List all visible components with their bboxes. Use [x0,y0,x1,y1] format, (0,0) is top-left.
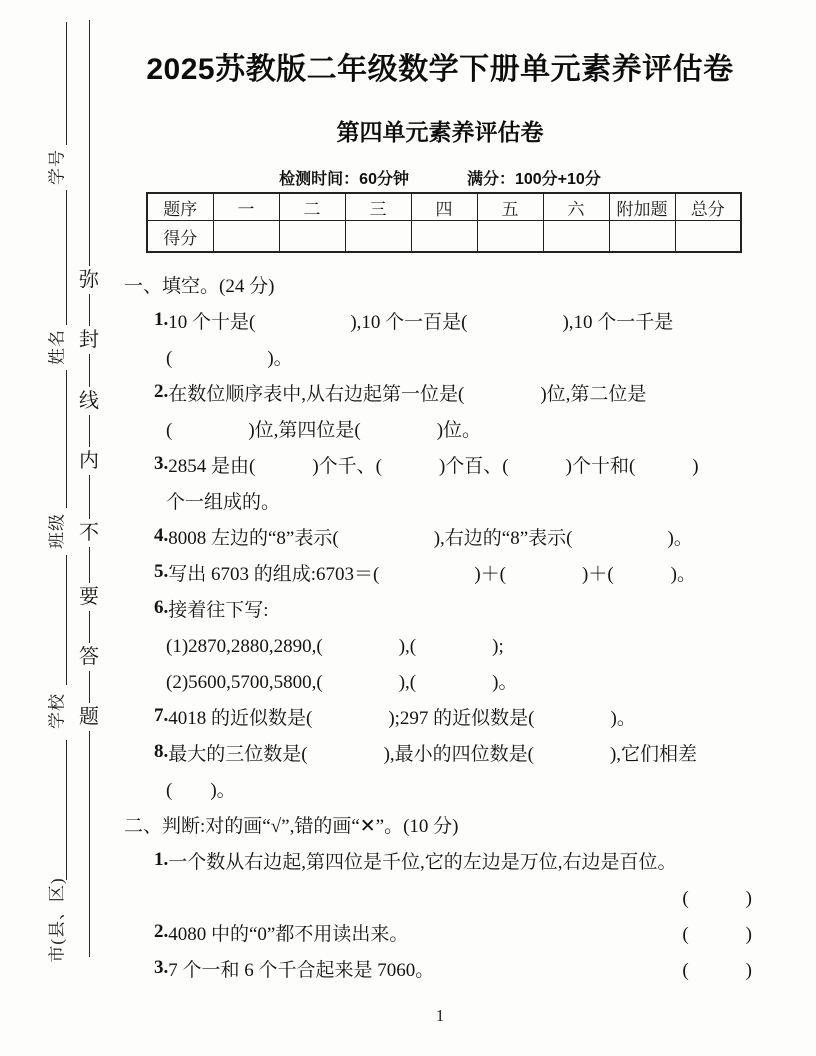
header-cell: 二 [279,193,345,221]
question-line: ( )。 [124,770,752,806]
score-cell [345,221,411,253]
header-cell: 题序 [147,193,213,221]
school-fill-line [66,555,67,685]
seal-char: 线 [78,387,100,415]
score-cell [543,221,609,253]
question-line: 个一组成的。 [124,482,752,518]
question-line: 2.在数位顺序表中,从右边起第一位是( )位,第二位是 [124,374,752,410]
question-line: ( )。 [124,338,752,374]
score-row-label: 得分 [147,221,213,253]
score-cell [675,221,741,253]
seal-char: 题 [78,703,100,731]
student-id-fill-line [66,22,67,145]
header-cell: 六 [543,193,609,221]
city-fill-line [66,740,67,880]
seal-char: 内 [78,447,100,475]
header-cell: 四 [411,193,477,221]
seal-char: 答 [78,643,100,671]
header-cell: 五 [477,193,543,221]
seal-line [89,20,90,957]
time-limit: 检测时间：60分钟 [279,166,409,189]
section-1-header: 一、填空。(24 分) [124,266,752,302]
header-cell: 总分 [675,193,741,221]
header-cell: 一 [213,193,279,221]
score-table-score-row: 得分 [147,221,741,253]
paper-title: 2025苏教版二年级数学下册单元素养评估卷 [110,44,770,88]
exam-paper-page: 学号 姓名 班级 学校 市(县、区) 弥 封 线 内 不 要 答 题 2025苏… [0,0,816,1056]
question-line: 1.10 个十是( ),10 个一百是( ),10 个一千是 [124,302,752,338]
seal-char: 封 [78,326,100,354]
seal-char: 弥 [78,266,100,294]
score-table: 题序 一 二 三 四 五 六 附加题 总分 得分 [146,192,742,253]
score-table-header-row: 题序 一 二 三 四 五 六 附加题 总分 [147,193,741,221]
question-line: 4.8008 左边的“8”表示( ),右边的“8”表示( )。 [124,518,752,554]
page-number: 1 [110,1006,770,1026]
question-line: 5.写出 6703 的组成:6703＝( )＋( )＋( )。 [124,554,752,590]
answer-blank-line: ( ) [124,878,752,914]
question-line: 1.一个数从右边起,第四位是千位,它的左边是万位,右边是百位。 [124,842,752,878]
question-line: 3.7 个一和 6 个千合起来是 7060。( ) [124,950,752,986]
score-cell [279,221,345,253]
question-line: (1)2870,2880,2890,( ),( ); [124,626,752,662]
unit-subtitle: 第四单元素养评估卷 [110,114,770,147]
score-cell [609,221,675,253]
header-cell: 三 [345,193,411,221]
question-line: 2.4080 中的“0”都不用读出来。( ) [124,914,752,950]
score-cell [411,221,477,253]
score-cell [477,221,543,253]
full-score: 满分：100分+10分 [467,166,601,189]
question-line: 8.最大的三位数是( ),最小的四位数是( ),它们相差 [124,734,752,770]
question-content: 一、填空。(24 分) 1.10 个十是( ),10 个一百是( ),10 个一… [124,266,752,986]
name-fill-line [66,190,67,325]
question-line: (2)5600,5700,5800,( ),( )。 [124,662,752,698]
seal-char: 不 [78,519,100,547]
class-fill-line [66,370,67,508]
question-line: ( )位,第四位是( )位。 [124,410,752,446]
section-2-header: 二、判断:对的画“√”,错的画“✕”。(10 分) [124,806,752,842]
exam-info: 检测时间：60分钟 满分：100分+10分 [110,166,770,189]
header-cell: 附加题 [609,193,675,221]
question-line: 7.4018 的近似数是( );297 的近似数是( )。 [124,698,752,734]
question-line: 6.接着往下写: [124,590,752,626]
score-cell [213,221,279,253]
seal-char: 要 [78,583,100,611]
question-line: 3.2854 是由( )个千、( )个百、( )个十和( ) [124,446,752,482]
